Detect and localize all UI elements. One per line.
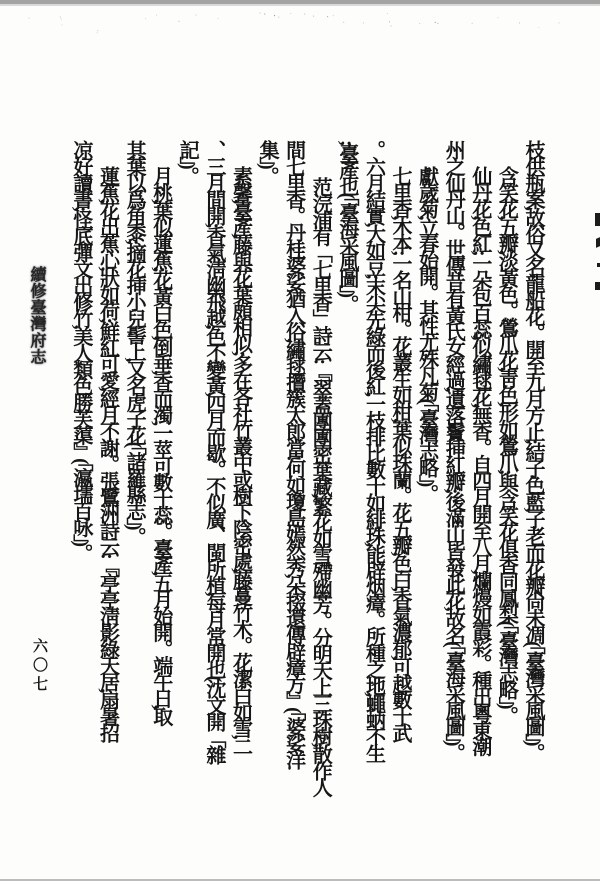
text-column: 枝供瓶案,故俗又名龍船花。開至九月方止;結子色藍,子老而花瓣尙未凋(「臺灣采風圖… [519,140,546,848]
text-column: 、三月間開;香氣淸幽飛越,色不變黃,四月而歇。不似廣、閩所植,每月常開也(沈文開… [200,140,227,848]
text-column: 其葉以爲角黍;摘花挿小兒髻上,又名虎子花(「諸羅縣志」)。 [121,140,148,848]
text-column: 。六月結實,大如豆;末尖先綠而後紅,一枝排比數十如緋珠,能辟烟瘴。所種之地,蠅蚋… [360,140,387,848]
trimmed-edge-character-fragment [595,282,600,290]
text-column: 仙丹花,色紅;一朵包百蕊,似繡毬花,無香。自四月開至八月,爛熳如霞彩。種出粵東潮 [466,140,493,848]
running-title: 續修臺灣府志 [26,266,46,365]
text-column: 范浣浦有「七里香」詩云:『翠蓋團團密葉藏,繁花如雪殢幽芳。分明天上三珠樹,散作人 [307,140,334,848]
text-column: 獻歲菊,立春始開。其性尤殊凡菊(「臺灣志略」)。 [413,140,440,848]
trimmed-edge-character-fragment [596,237,600,248]
text-column: 凉好讀書;怪底彈文出修竹,美人類色勝芙蕖』(「瀛壖百咏」)。 [67,140,94,848]
text-column: 含笑花,五瓣,淡黃色。鶯爪花,靑色,形如鶯爪;與含笑花俱香同鳳梨(「臺灣志略」)… [493,140,520,848]
text-column: 月桃,葉似蓮蕉;花黃白色,倒垂,香而濁,一莖可數十蕊。臺產,五月始開。端午日,取 [147,140,174,848]
scan-edge-top-fade [0,4,600,6]
text-column: 州之仙丹山。世傳昔有黃氏女經過,遺落鬢挿紅瓣;後滿山皆發此花,故名(「臺海采風圖… [440,140,467,848]
text-column: 蓮蕉,花出蕉心,狀如荷;鮮紅可愛,經月不謝。張鷺洲詩云:『亭亭淸影綠天居,扇暑招 [94,140,121,848]
text-column: 素馨,臺產,藤與花葉頗相似;多在各社竹叢中或樹下陰密處,藤蔓竹木。花潔白如雪,二 [227,140,254,848]
text-column: 間七里香。丹桂婆娑猶入俗,繡毬攢簇太郎當!何如瓊島嫣然秀,朵掇還傳辟瘴方』(「婆… [280,140,307,848]
text-column: ;臺產也(「臺海采風圖」)。 [333,140,360,848]
text-column: 集」)。 [253,140,280,848]
text-column: 記」)。 [174,140,201,848]
text-column: 七里香,木本;一名山柑。花叢生如柑,葉似珠蘭。花五瓣,色白;香氣濃郁,可越數十武 [386,140,413,848]
scan-noise-specks [0,0,1,1]
page-number: 六〇七 [30,638,48,695]
page-text-block: 枝供瓶案,故俗又名龍船花。開至九月方止;結子色藍,子老而花瓣尙未凋(「臺灣采風圖… [67,140,546,848]
trimmed-edge-character-fragment [595,213,600,226]
